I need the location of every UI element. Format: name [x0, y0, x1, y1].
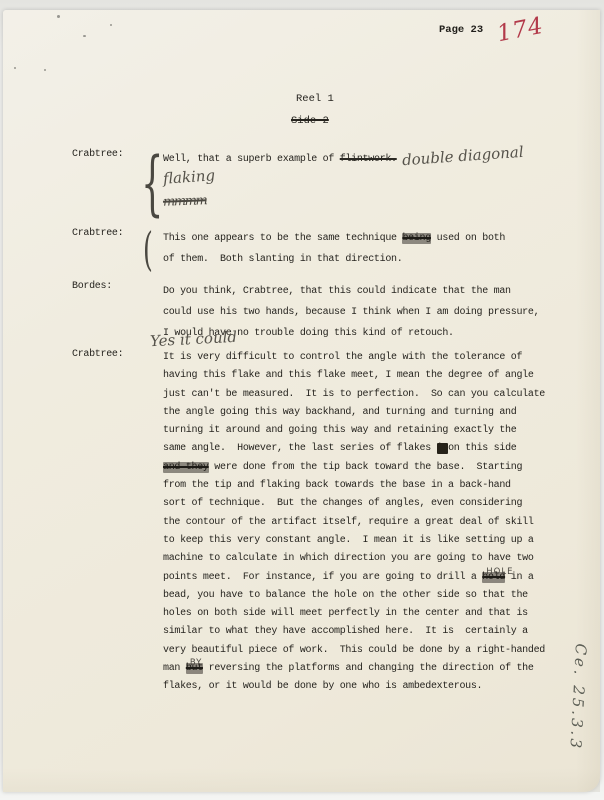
dialogue-text: This one appears to be the same techniqu…	[163, 228, 563, 270]
speaker-label: Bordes:	[72, 281, 112, 292]
reel-heading: Reel 1	[296, 93, 334, 105]
dialogue-text: It is very difficult to control the angl…	[163, 349, 563, 697]
handwritten-brace: (	[143, 224, 153, 274]
dust-speck	[44, 69, 46, 71]
side-heading-struck: Side 2	[291, 115, 329, 127]
speaker-label: Crabtree:	[72, 149, 123, 160]
scanned-document-page: Page 23 174 Reel 1 Side 2 { ( Crabtree: …	[0, 0, 604, 800]
dust-speck	[14, 67, 16, 69]
speaker-label: Crabtree:	[72, 228, 123, 239]
handwritten-brace: {	[141, 144, 163, 222]
dialogue-text: Well, that a superb example of flintwork…	[163, 149, 563, 214]
speaker-label: Crabtree:	[72, 349, 123, 360]
dust-speck	[57, 15, 60, 18]
dust-speck	[83, 35, 86, 37]
dust-speck	[110, 24, 112, 26]
page-number-label: Page 23	[439, 24, 483, 36]
